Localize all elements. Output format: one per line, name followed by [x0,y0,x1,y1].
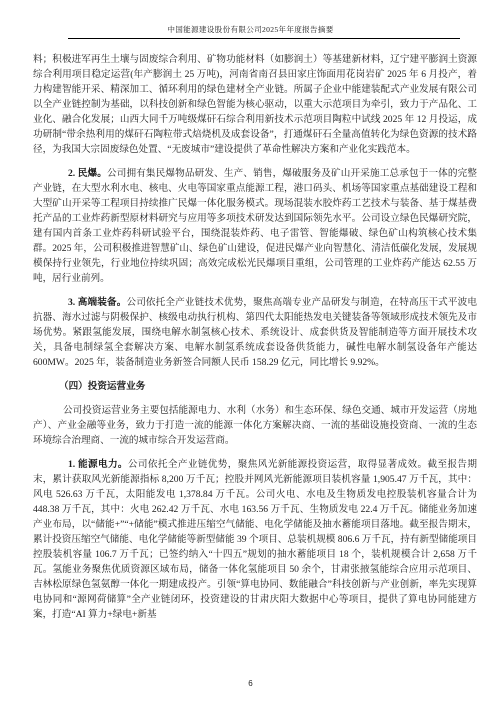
paragraph-text: 公司拥有集民爆物品研发、生产、销售，爆破服务及矿山开采施工总承包于一体的完整产业… [33,168,477,284]
paragraph-lead: 2. 民爆。 [68,168,107,179]
document-body: 料；积极进军再生土壤与固废综合利用、矿物功能材料（如膨润土）等基建新材料，辽宁建… [0,39,501,622]
paragraph-text: 料；积极进军再生土壤与固废综合利用、矿物功能材料（如膨润土）等基建新材料，辽宁建… [33,54,477,155]
section-heading-investment-operations: （四）投资运营业务 [33,379,477,394]
paragraph-text: 公司依托全产业链优势，聚焦风光新能源投资运营，取得显著成效。截至报告期末，累计获… [33,459,477,620]
paragraph-investment-overview: 公司投资运营业务主要包括能源电力、水利（水务）和生态环保、绿色交通、城市开发运营… [33,403,477,448]
paragraph-lead: 1. 能源电力。 [68,459,128,470]
page-header: 中国能源建设股份有限公司2025年年度报告摘要 [0,0,501,39]
paragraph-civil-explosives: 2. 民爆。公司拥有集民爆物品研发、生产、销售，爆破服务及矿山开采施工总承包于一… [33,166,477,286]
report-page: 中国能源建设股份有限公司2025年年度报告摘要 料；积极进军再生土壤与固废综合利… [0,0,501,706]
paragraph-text: 公司投资运营业务主要包括能源电力、水利（水务）和生态环保、绿色交通、城市开发运营… [33,405,477,446]
paragraph-lead: 3. 高端装备。 [68,297,126,308]
paragraph-continuation: 料；积极进军再生土壤与固废综合利用、矿物功能材料（如膨润土）等基建新材料，辽宁建… [33,52,477,157]
page-footer: 6 [0,673,501,691]
page-number: 6 [248,679,252,688]
paragraph-highend-equipment: 3. 高端装备。公司依托全产业链技术优势，聚焦高端专业产品研发与制造，在特高压干… [33,295,477,370]
header-title: 中国能源建设股份有限公司2025年年度报告摘要 [0,25,501,35]
paragraph-energy-power: 1. 能源电力。公司依托全产业链优势，聚焦风光新能源投资运营，取得显著成效。截至… [33,457,477,622]
